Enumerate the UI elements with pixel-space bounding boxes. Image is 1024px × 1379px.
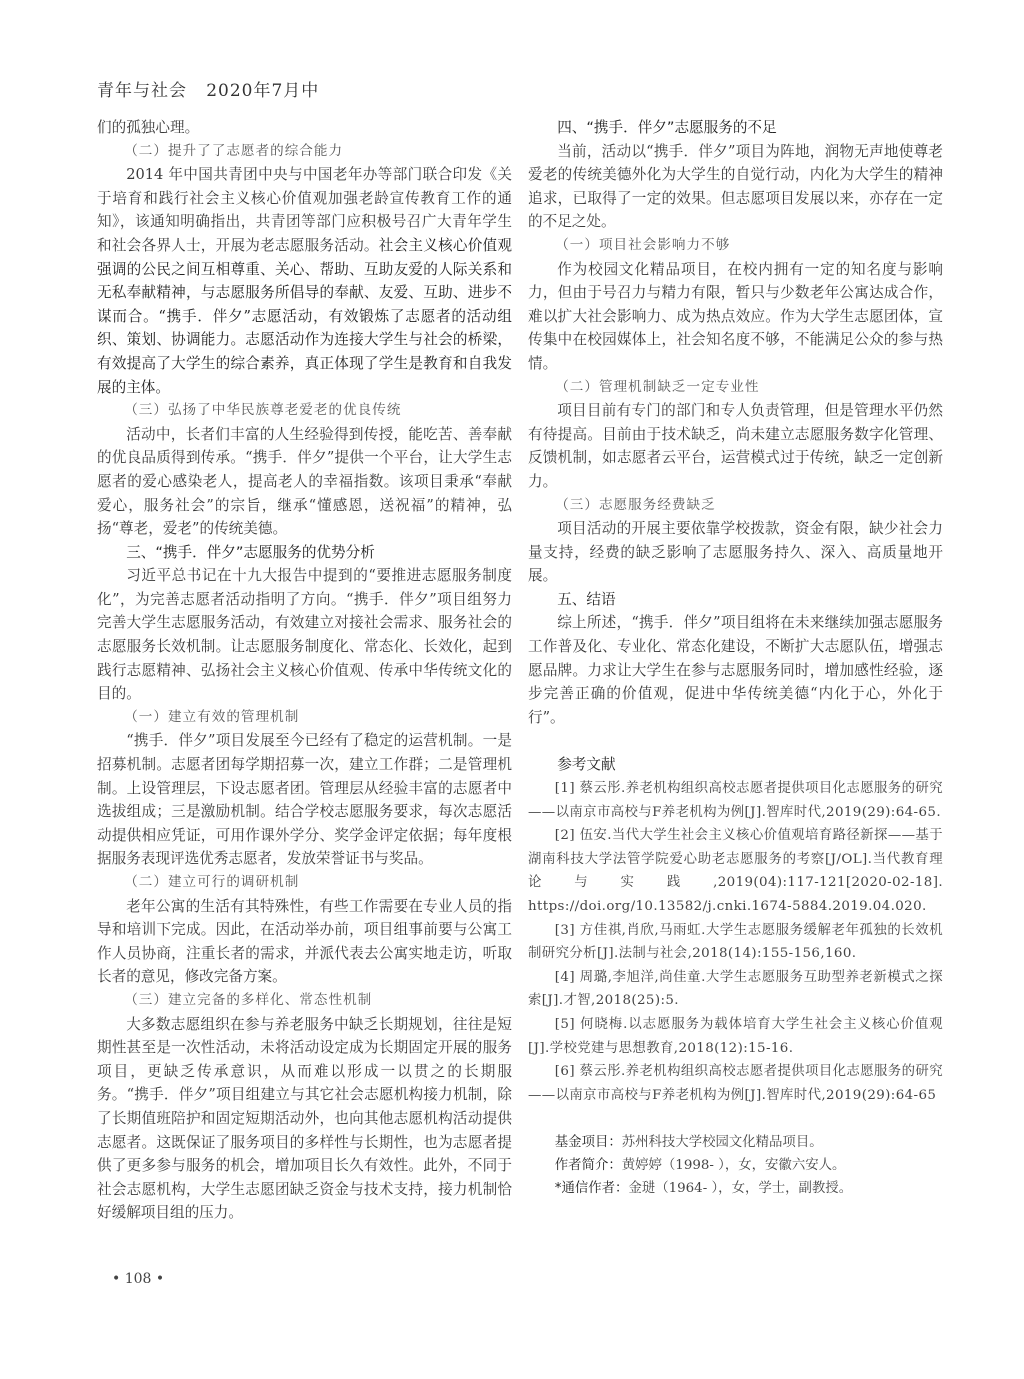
section-heading: 五、结语 xyxy=(528,588,943,612)
section-heading: 三、“携手．伴夕”志愿服务的优势分析 xyxy=(97,541,512,565)
subsection-heading: （三）志愿服务经费缺乏 xyxy=(528,494,943,518)
subsection-heading: （二）建立可行的调研机制 xyxy=(97,871,512,895)
reference-item: [6] 蔡云彤.养老机构组织高校志愿者提供项目化志愿服务的研究——以南京市高校与… xyxy=(528,1060,943,1107)
paragraph: 当前，活动以“携手．伴夕”项目为阵地，润物无声地使尊老爱老的传统美德外化为大学生… xyxy=(528,140,943,234)
paragraph: 综上所述，“携手．伴夕”项目组将在未来继续加强志愿服务工作普及化、专业化、常态化… xyxy=(528,611,943,729)
paragraph: “携手．伴夕”项目发展至今已经有了稳定的运营机制。一是招募机制。志愿者团每学期招… xyxy=(97,729,512,871)
paragraph: 2014 年中国共青团中央与中国老年办等部门联合印发《关于培育和践行社会主义核心… xyxy=(97,163,512,399)
right-column: 四、“携手．伴夕”志愿服务的不足 当前，活动以“携手．伴夕”项目为阵地，润物无声… xyxy=(528,116,943,1200)
spacer xyxy=(528,729,943,753)
journal-name: 青年与社会 xyxy=(97,81,187,101)
reference-item: [1] 蔡云彤.养老机构组织高校志愿者提供项目化志愿服务的研究——以南京市高校与… xyxy=(528,777,943,824)
paragraph: 大多数志愿组织在参与养老服务中缺乏长期规划，往往是短期性甚至是一次性活动，未将活… xyxy=(97,1013,512,1225)
subsection-heading: （三）弘扬了中华民族尊老爱老的优良传统 xyxy=(97,399,512,423)
paragraph: 们的孤独心理。 xyxy=(97,116,512,140)
paragraph: 老年公寓的生活有其特殊性，有些工作需要在专业人员的指导和培训下完成。因此，在活动… xyxy=(97,895,512,989)
running-header: 青年与社会 2020年7月中 xyxy=(97,76,319,101)
subsection-heading: （三）建立完备的多样化、常态性机制 xyxy=(97,989,512,1013)
fund-note: 基金项目：苏州科技大学校园文化精品项目。 xyxy=(528,1131,943,1154)
author-note: 作者简介：黄婷婷（1998- ），女，安徽六安人。 xyxy=(528,1154,943,1177)
paragraph: 项目目前有专门的部门和专人负责管理，但是管理水平仍然有待提高。目前由于技术缺乏，… xyxy=(528,399,943,493)
references-heading: 参考文献 xyxy=(528,753,943,777)
subsection-heading: （一）建立有效的管理机制 xyxy=(97,706,512,730)
paragraph: 活动中，长者们丰富的人生经验得到传授，能吃苦、善奉献的优良品质得到传承。“携手．… xyxy=(97,423,512,541)
paragraph: 习近平总书记在十九大报告中提到的“要推进志愿服务制度化”，为完善志愿者活动指明了… xyxy=(97,564,512,706)
reference-item: [3] 方佳祺,肖欣,马雨虹.大学生志愿服务缓解老年孤独的长效机制研究分析[J]… xyxy=(528,919,943,966)
reference-item: [5] 何晓梅.以志愿服务为载体培育大学生社会主义核心价值观[J].学校党建与思… xyxy=(528,1013,943,1060)
section-heading: 四、“携手．伴夕”志愿服务的不足 xyxy=(528,116,943,140)
reference-item: [4] 周璐,李旭洋,尚佳童.大学生志愿服务互助型养老新模式之探索[J].才智,… xyxy=(528,966,943,1013)
reference-item: [2] 伍安.当代大学生社会主义核心价值观培育路径新探——基于湖南科技大学法管学… xyxy=(528,824,943,918)
paragraph: 作为校园文化精品项目，在校内拥有一定的知名度与影响力，但由于号召力与精力有限，暂… xyxy=(528,258,943,376)
subsection-heading: （二）提升了了志愿者的综合能力 xyxy=(97,140,512,164)
subsection-heading: （一）项目社会影响力不够 xyxy=(528,234,943,258)
paragraph: 项目活动的开展主要依靠学校拨款，资金有限，缺少社会力量支持，经费的缺乏影响了志愿… xyxy=(528,517,943,588)
page-number: • 108 • xyxy=(112,1271,164,1287)
issue-date: 2020年7月中 xyxy=(206,81,319,101)
corresponding-author-note: *通信作者：金琎（1964- ），女，学士，副教授。 xyxy=(528,1177,943,1200)
spacer xyxy=(528,1107,943,1131)
subsection-heading: （二）管理机制缺乏一定专业性 xyxy=(528,376,943,400)
left-column: 们的孤独心理。 （二）提升了了志愿者的综合能力 2014 年中国共青团中央与中国… xyxy=(97,116,512,1225)
